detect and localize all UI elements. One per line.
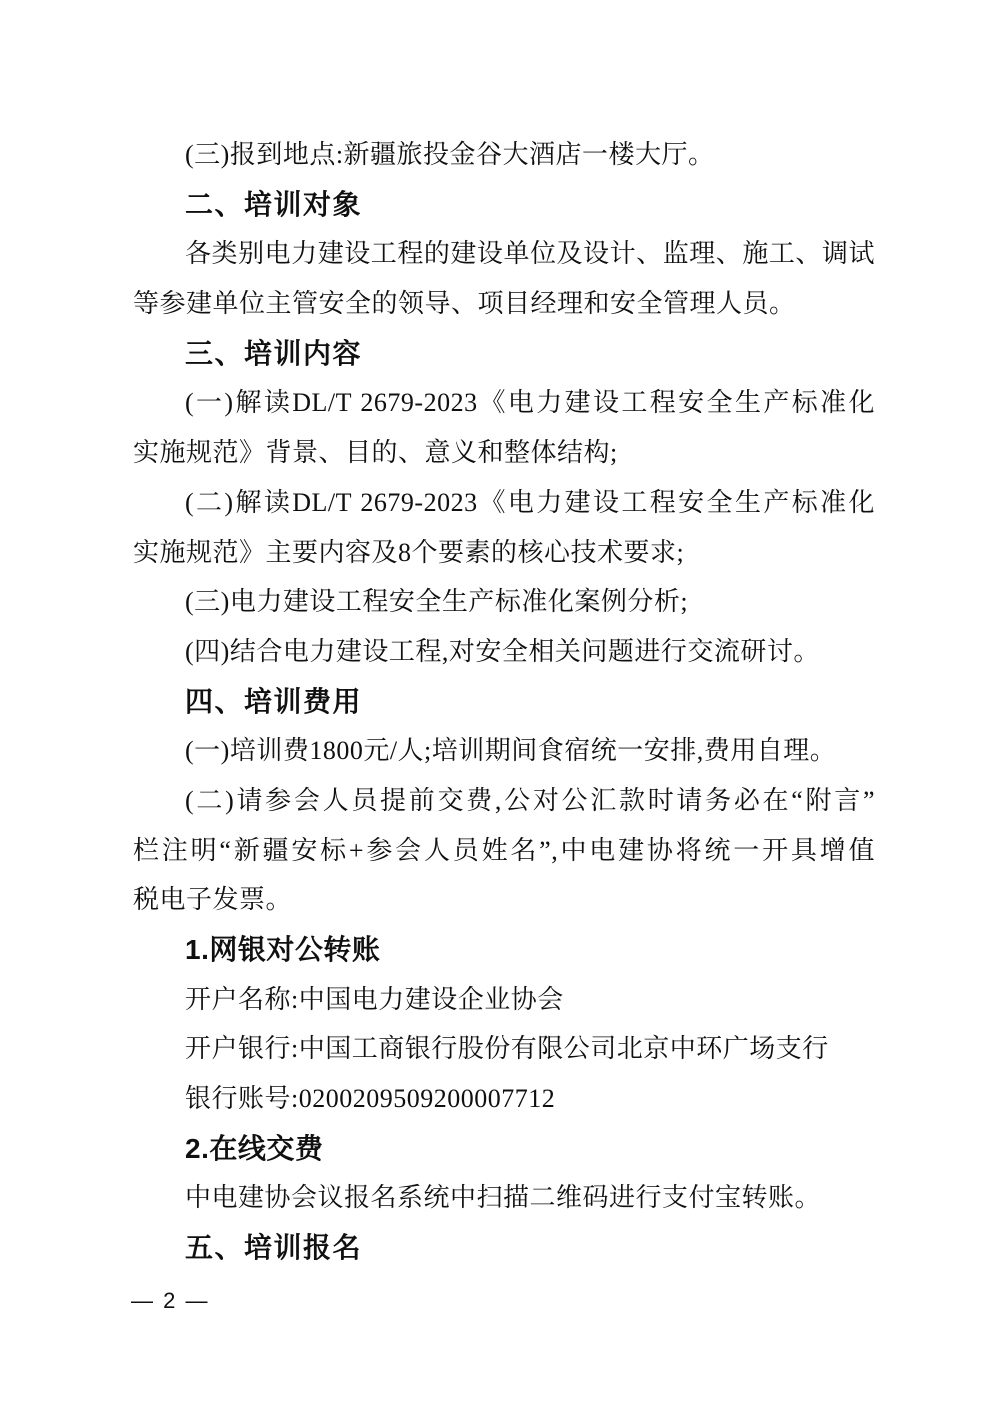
para-fee-item1: (一)培训费1800元/人;培训期间食宿统一安排,费用自理。 [133,726,875,776]
para-content-item2-line2: 实施规范》主要内容及8个要素的核心技术要求; [133,528,875,578]
heading-training-registration: 五、培训报名 [133,1223,875,1273]
para-content-item1-line1: (一)解读DL/T 2679-2023《电力建设工程安全生产标准化 [133,378,875,428]
para-training-target-line2: 等参建单位主管安全的领导、项目经理和安全管理人员。 [133,279,875,329]
line-account-bank: 开户银行:中国工商银行股份有限公司北京中环广场支行 [133,1024,875,1074]
line-online-payment-desc: 中电建协会议报名系统中扫描二维码进行支付宝转账。 [133,1173,875,1223]
para-fee-item2-line1: (二)请参会人员提前交费,公对公汇款时请务必在“附言” [133,776,875,826]
para-fee-item2-line2: 栏注明“新疆安标+参会人员姓名”,中电建协将统一开具增值 [133,826,875,876]
para-content-item2-line1: (二)解读DL/T 2679-2023《电力建设工程安全生产标准化 [133,478,875,528]
para-content-item1-line2: 实施规范》背景、目的、意义和整体结构; [133,428,875,478]
document-body: (三)报到地点:新疆旅投金谷大酒店一楼大厅。 二、培训对象 各类别电力建设工程的… [133,130,875,1273]
heading-training-target: 二、培训对象 [133,180,875,230]
line-account-number: 银行账号:0200209509200007712 [133,1074,875,1124]
para-content-item3: (三)电力建设工程安全生产标准化案例分析; [133,577,875,627]
subheading-online-payment: 2.在线交费 [133,1124,875,1174]
para-fee-item2-line3: 税电子发票。 [133,875,875,925]
heading-training-content: 三、培训内容 [133,329,875,379]
line-checkin-location: (三)报到地点:新疆旅投金谷大酒店一楼大厅。 [133,130,875,180]
para-training-target-line1: 各类别电力建设工程的建设单位及设计、监理、施工、调试 [133,229,875,279]
para-content-item4: (四)结合电力建设工程,对安全相关问题进行交流研讨。 [133,627,875,677]
subheading-bank-transfer: 1.网银对公转账 [133,925,875,975]
heading-training-fee: 四、培训费用 [133,677,875,727]
page-number: — 2 — [131,1286,209,1316]
line-account-name: 开户名称:中国电力建设企业协会 [133,975,875,1025]
